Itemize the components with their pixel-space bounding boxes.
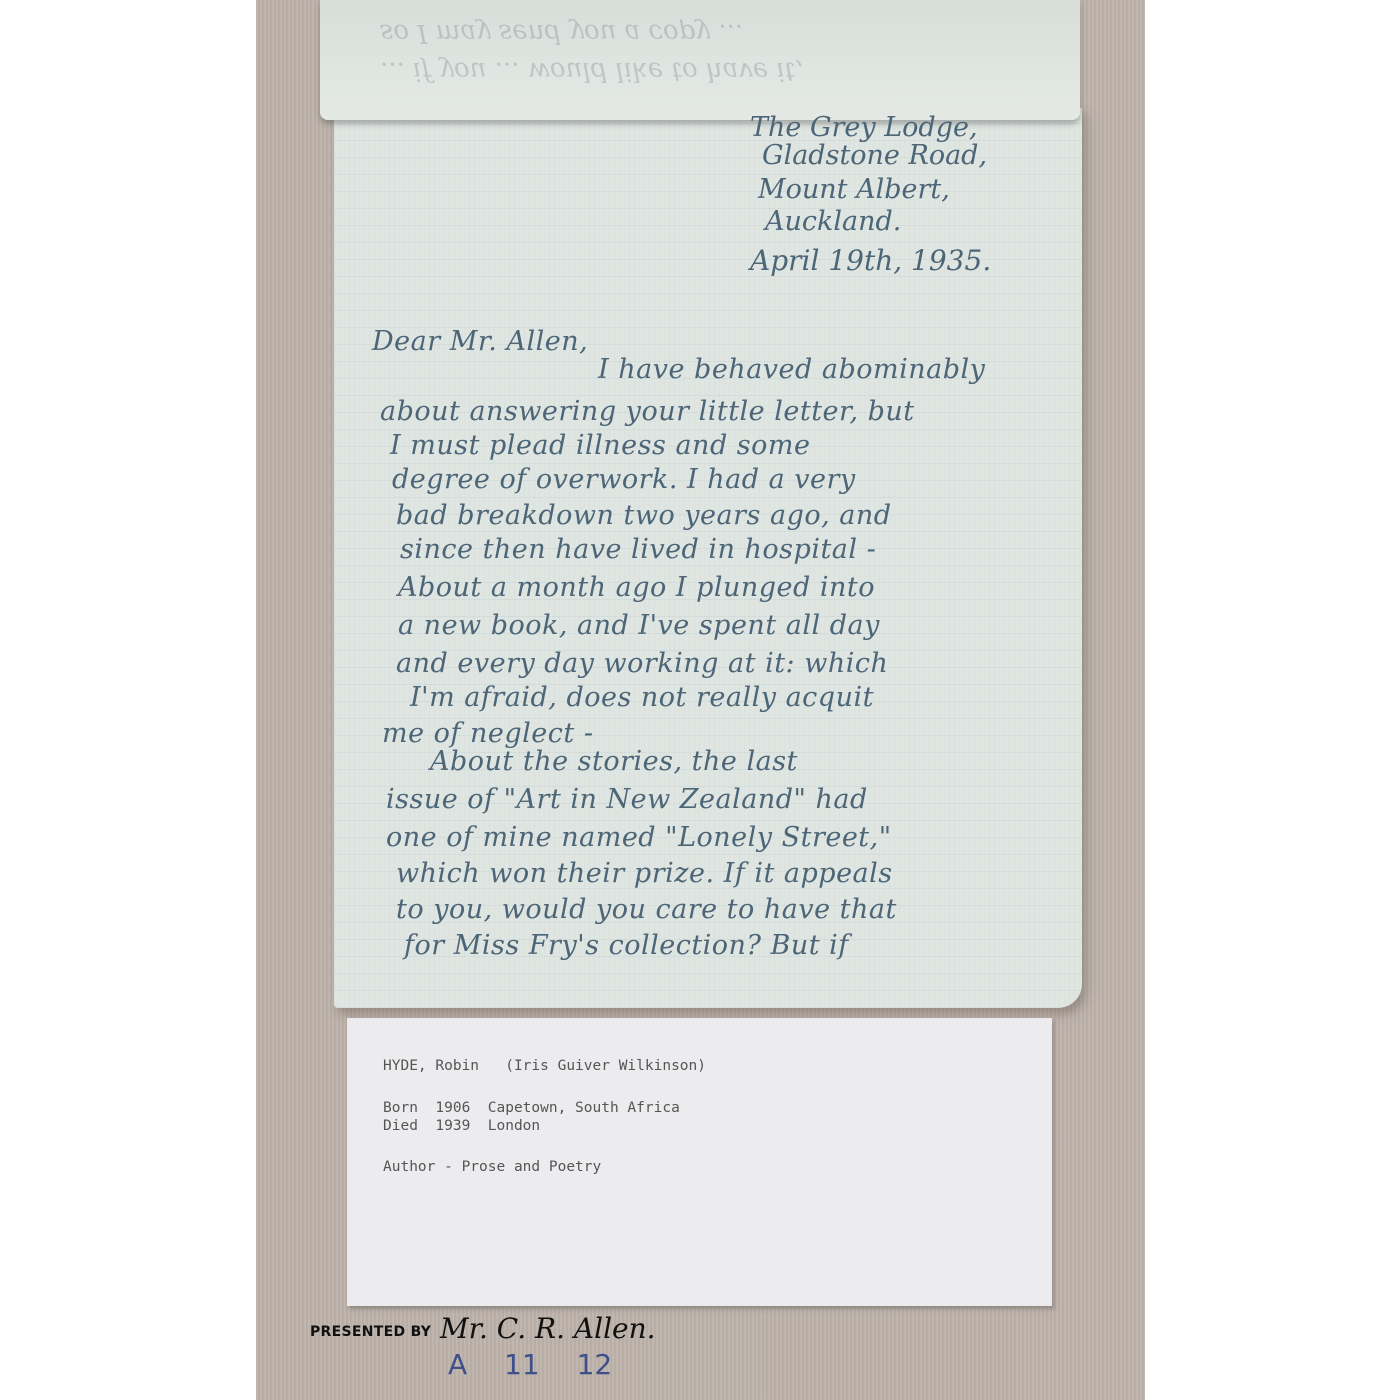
letter-line: about answering your little letter, but: [380, 396, 915, 427]
author-name: HYDE, Robin (Iris Guiver Wilkinson): [383, 1058, 706, 1074]
address-line: Mount Albert,: [758, 174, 950, 205]
donor-name: Mr. C. R. Allen.: [440, 1312, 656, 1345]
letter-line: which won their prize. If it appeals: [396, 858, 893, 889]
born-info: Born 1906 Capetown, South Africa: [383, 1100, 680, 1116]
letter-line: and every day working at it: which: [396, 648, 888, 679]
letter-line: bad breakdown two years ago, and: [396, 500, 892, 531]
died-info: Died 1939 London: [383, 1118, 540, 1134]
letter-line: I'm afraid, does not really acquit: [410, 682, 874, 713]
letter-line: About the stories, the last: [430, 746, 798, 777]
address-line: Gladstone Road,: [762, 140, 987, 171]
letter-line: About a month ago I plunged into: [398, 572, 875, 603]
letter-date: April 19th, 1935.: [750, 244, 991, 277]
letter-line: to you, would you care to have that: [396, 894, 897, 925]
letter-line: for Miss Fry's collection? But if: [404, 930, 849, 961]
letter-line: one of mine named "Lonely Street,": [386, 822, 892, 853]
salutation: Dear Mr. Allen,: [372, 326, 588, 357]
letter-line: me of neglect -: [382, 718, 593, 749]
folded-top-page: ... if you ... would like to have it, so…: [320, 0, 1080, 120]
address-line: Auckland.: [765, 206, 901, 237]
bleed-through-text: ... if you ... would like to have it, so…: [380, 14, 1020, 90]
presented-by-label: PRESENTED BY: [310, 1324, 431, 1340]
letter-line: I must plead illness and some: [390, 430, 811, 461]
catalog-card: HYDE, Robin (Iris Guiver Wilkinson) Born…: [347, 1018, 1052, 1306]
catalog-number: A 11 12: [448, 1348, 612, 1381]
letter-line: a new book, and I've spent all day: [398, 610, 880, 641]
address-line: The Grey Lodge,: [750, 112, 978, 143]
letter-line: I have behaved abominably: [598, 354, 985, 385]
letter-line: since then have lived in hospital -: [400, 534, 876, 565]
letter-line: degree of overwork. I had a very: [392, 464, 856, 495]
letter-line: issue of "Art in New Zealand" had: [386, 784, 868, 815]
occupation: Author - Prose and Poetry: [383, 1159, 601, 1175]
